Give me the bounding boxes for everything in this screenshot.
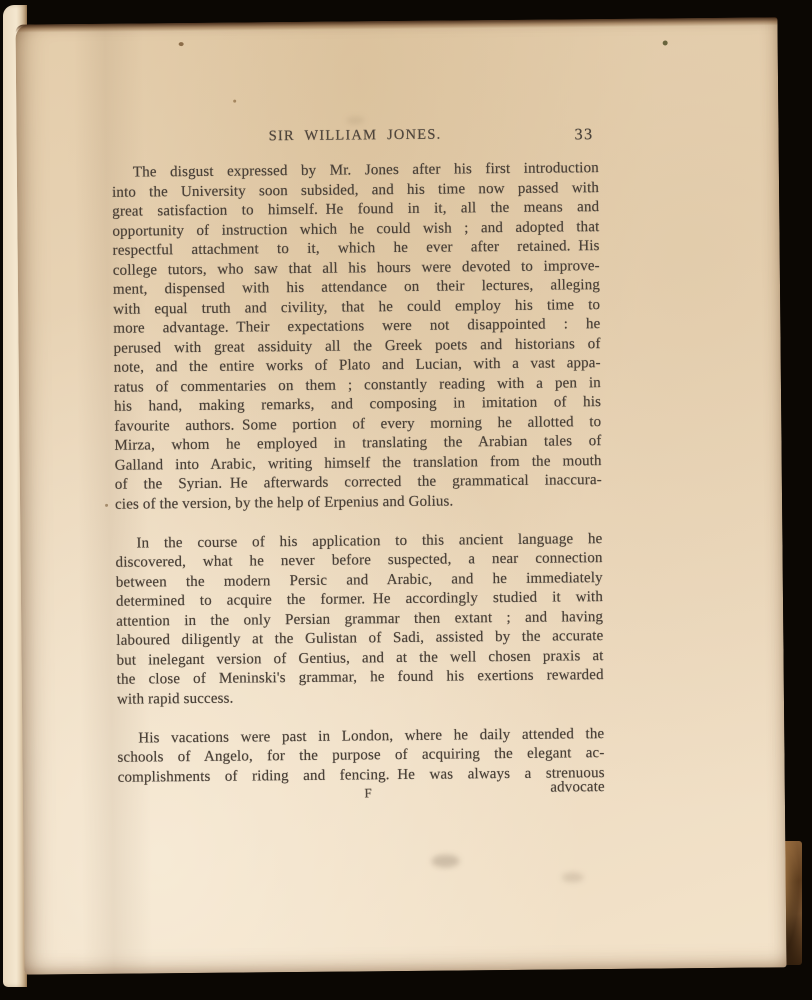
- page-text: The disgust expressed by Mr. Jones after…: [112, 159, 605, 788]
- paper-smudge: [562, 872, 584, 882]
- running-header: SIR WILLIAM JONES. 33: [111, 125, 598, 150]
- running-header-title: SIR WILLIAM JONES.: [111, 125, 598, 147]
- catchword: advocate: [550, 779, 605, 797]
- text-line: with rapid success.: [117, 686, 604, 710]
- paper-speck: [663, 40, 668, 45]
- paragraph: The disgust expressed by Mr. Jones after…: [112, 159, 602, 515]
- book-photo: SIR WILLIAM JONES. 33 The disgust expres…: [0, 0, 812, 1000]
- paragraph: His vacations were past in London, where…: [117, 725, 605, 788]
- page-footer: F advocate: [118, 783, 605, 808]
- paper-speck: [179, 42, 184, 46]
- paper-smudge: [346, 116, 364, 124]
- printed-text-block: SIR WILLIAM JONES. 33 The disgust expres…: [111, 125, 604, 808]
- paragraph: In the course of his application to this…: [115, 530, 604, 710]
- paper-smudge: [431, 854, 459, 867]
- page-number: 33: [574, 126, 593, 144]
- paper-speck: [105, 504, 108, 507]
- paper-speck: [233, 100, 236, 103]
- text-line: cies of the version, by the help of Erpe…: [115, 491, 602, 515]
- book-page: SIR WILLIAM JONES. 33 The disgust expres…: [15, 17, 786, 974]
- signature-mark: F: [125, 783, 612, 804]
